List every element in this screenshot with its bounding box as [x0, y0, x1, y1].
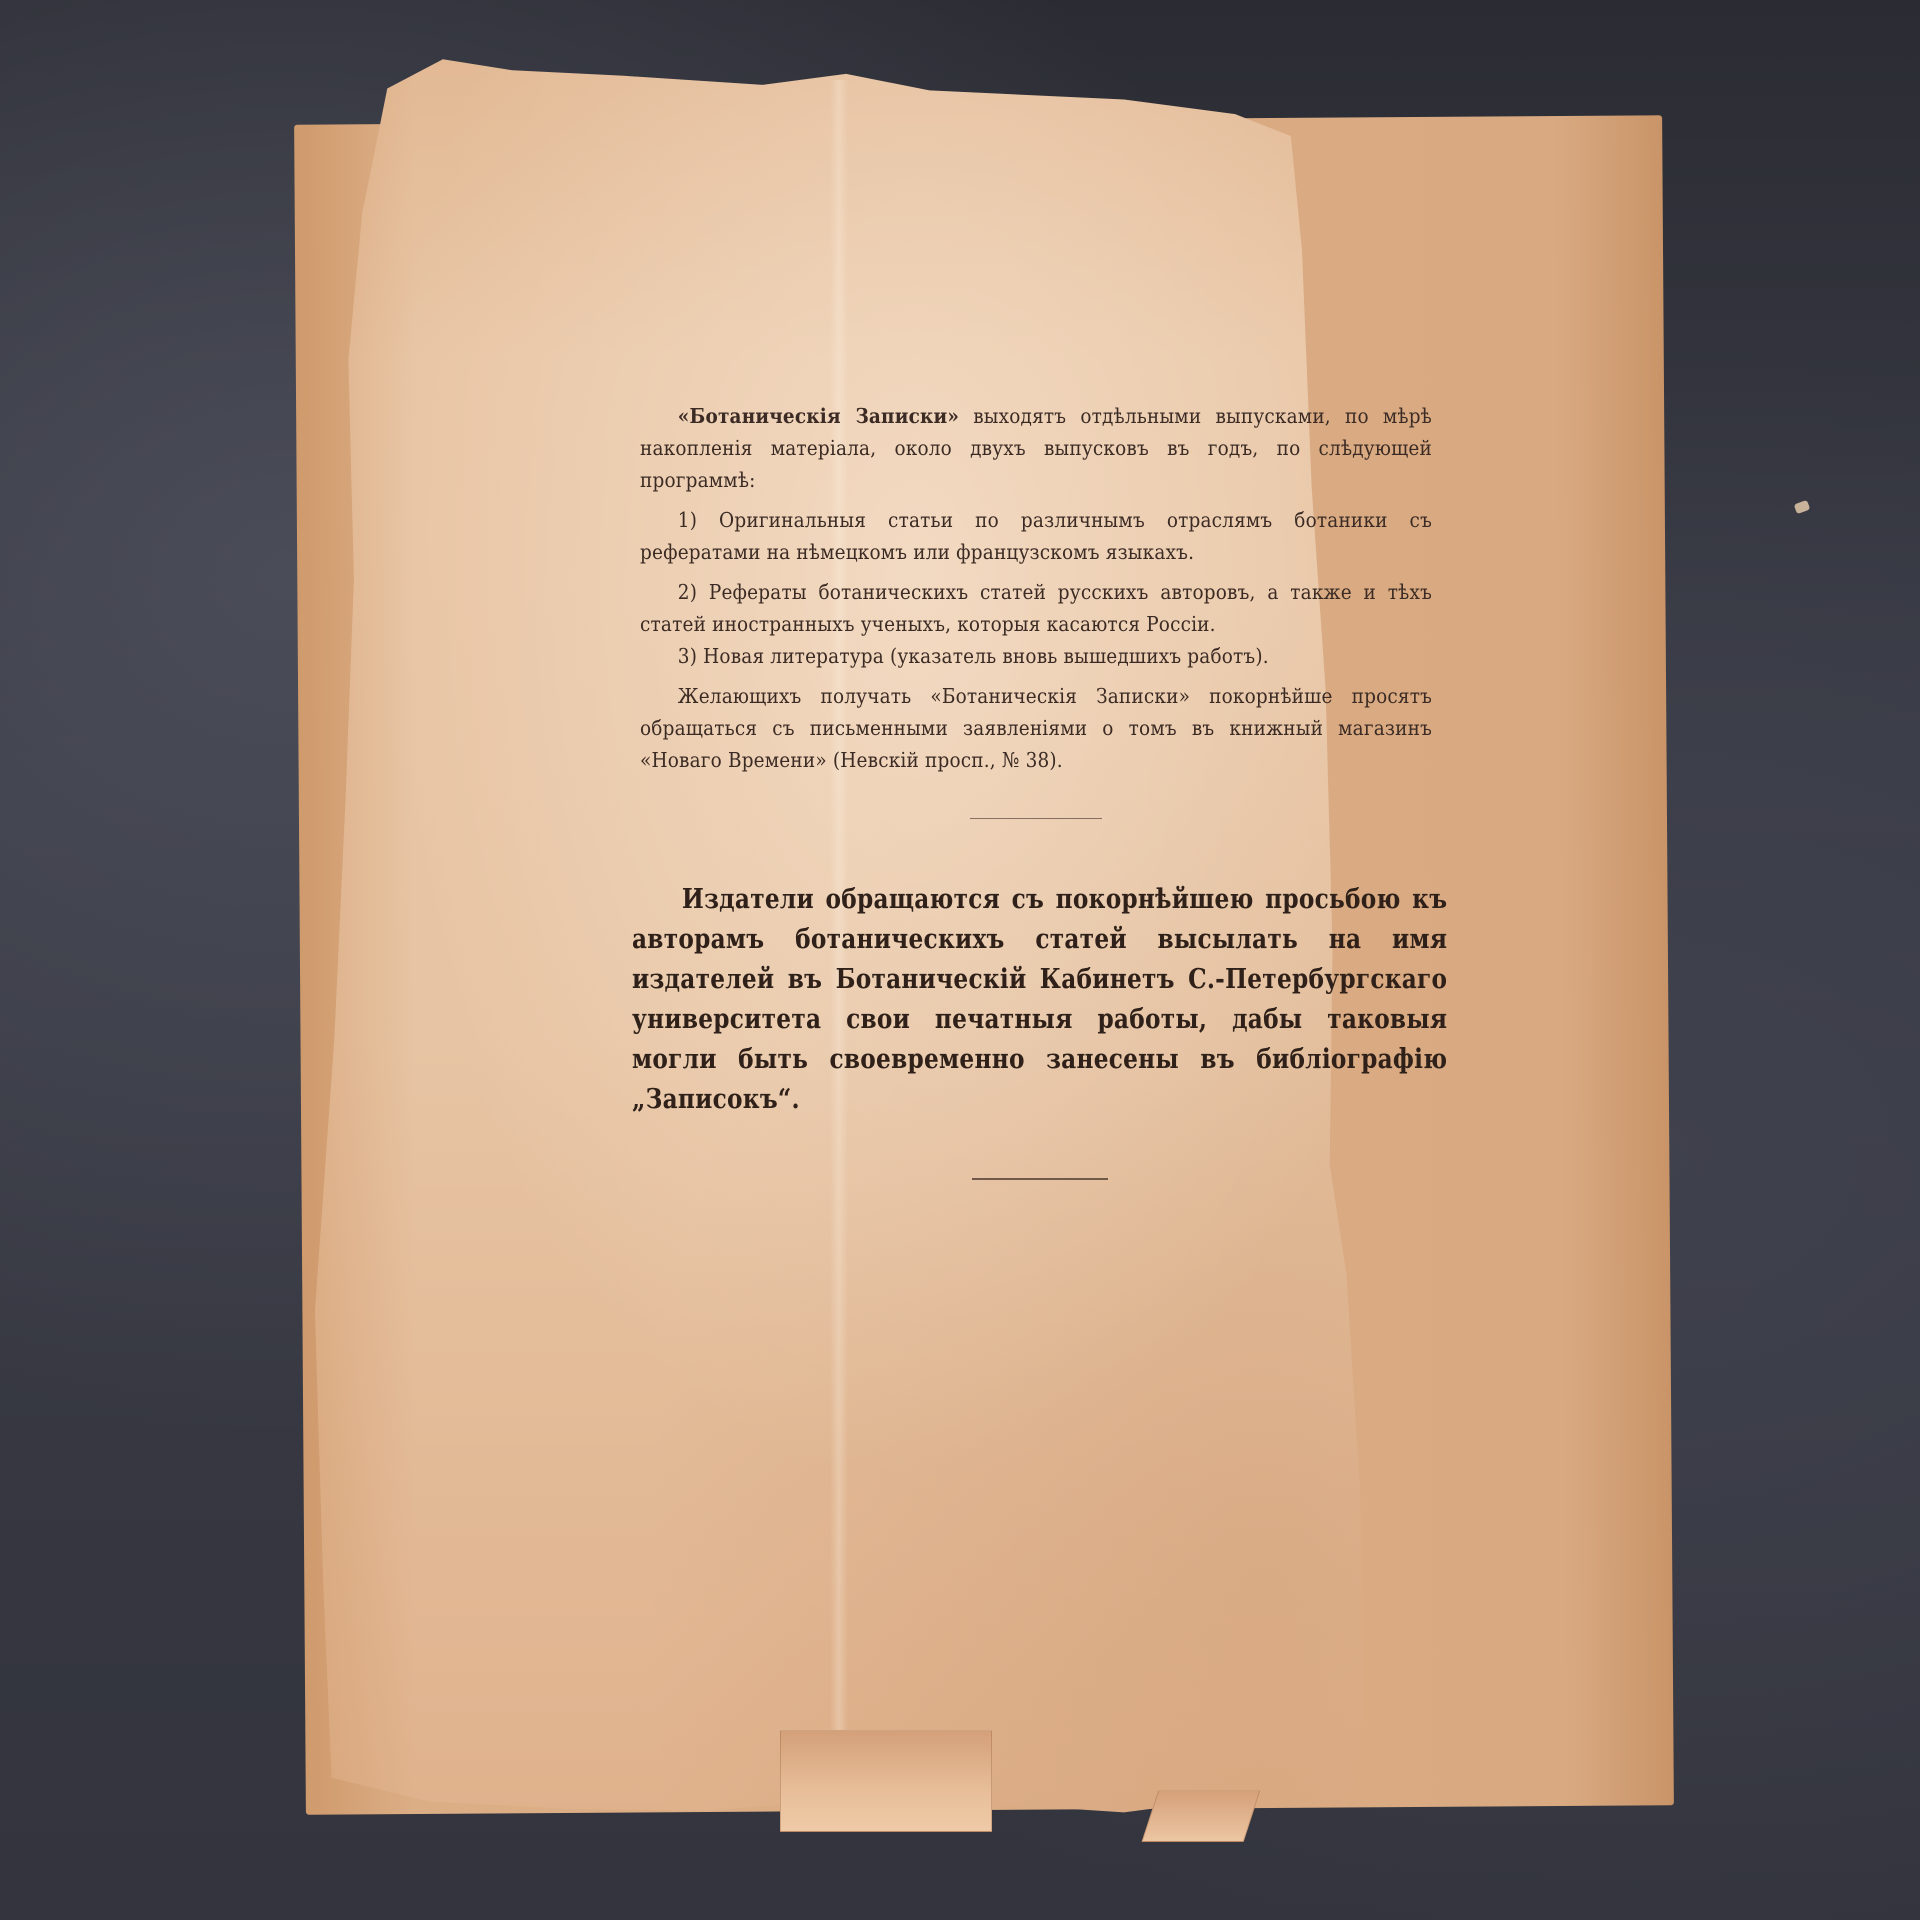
divider-rule — [972, 1178, 1108, 1180]
photo-scene: «Ботаническія Записки» выходятъ отдѣльны… — [0, 0, 1920, 1920]
divider-rule — [970, 818, 1102, 819]
paper-fragment — [1794, 500, 1811, 514]
program-item-1: 1) Оригинальныя статьи по различнымъ отр… — [640, 504, 1432, 568]
program-item-3: 3) Новая литература (указатель вновь выш… — [640, 640, 1432, 672]
publication-info-block: «Ботаническія Записки» выходятъ отдѣльны… — [640, 400, 1430, 776]
journal-title: «Ботаническія Записки» — [678, 404, 959, 428]
torn-notch — [780, 1730, 992, 1832]
publishers-notice: Издатели обращаются съ покорнѣйшею прось… — [632, 880, 1447, 1120]
subscription-paragraph: Желающихъ получать «Ботаническія Записки… — [640, 680, 1432, 776]
notice-text: Издатели обращаются съ покорнѣйшею прось… — [632, 880, 1447, 1120]
intro-paragraph: «Ботаническія Записки» выходятъ отдѣльны… — [640, 400, 1432, 496]
torn-notch — [1142, 1790, 1261, 1842]
program-item-2: 2) Рефераты ботаническихъ статей русских… — [640, 576, 1432, 640]
